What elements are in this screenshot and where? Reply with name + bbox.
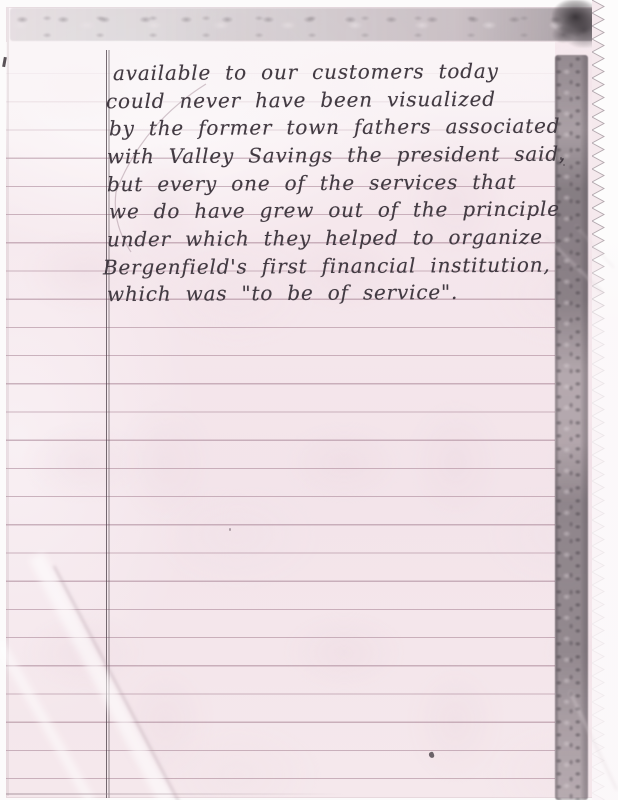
handwritten-line-4: with Valley Savings the president said, (107, 140, 566, 171)
handwritten-line-7: under which they helped to organize (107, 223, 543, 254)
handwritten-line-3: by the former town fathers associated (109, 112, 560, 143)
paper-bottom-edge-shadow (6, 793, 346, 795)
handwritten-line-9: which was "to be of service". (107, 278, 458, 308)
handwritten-line-2: could never have been visualized (106, 85, 496, 115)
ink-speck-middle (229, 528, 231, 531)
scanned-page: available to our customers today could n… (0, 0, 618, 800)
handwritten-line-5: but every one of the services that (107, 168, 517, 199)
ink-speck-right-2 (563, 164, 565, 166)
handwritten-line-1: available to our customers today (113, 57, 499, 87)
ink-speck-right-1 (560, 157, 562, 160)
handwritten-line-6: we do have grew out of the principle (109, 195, 560, 226)
handwritten-line-8: Bergenfield's first financial institutio… (103, 251, 551, 282)
